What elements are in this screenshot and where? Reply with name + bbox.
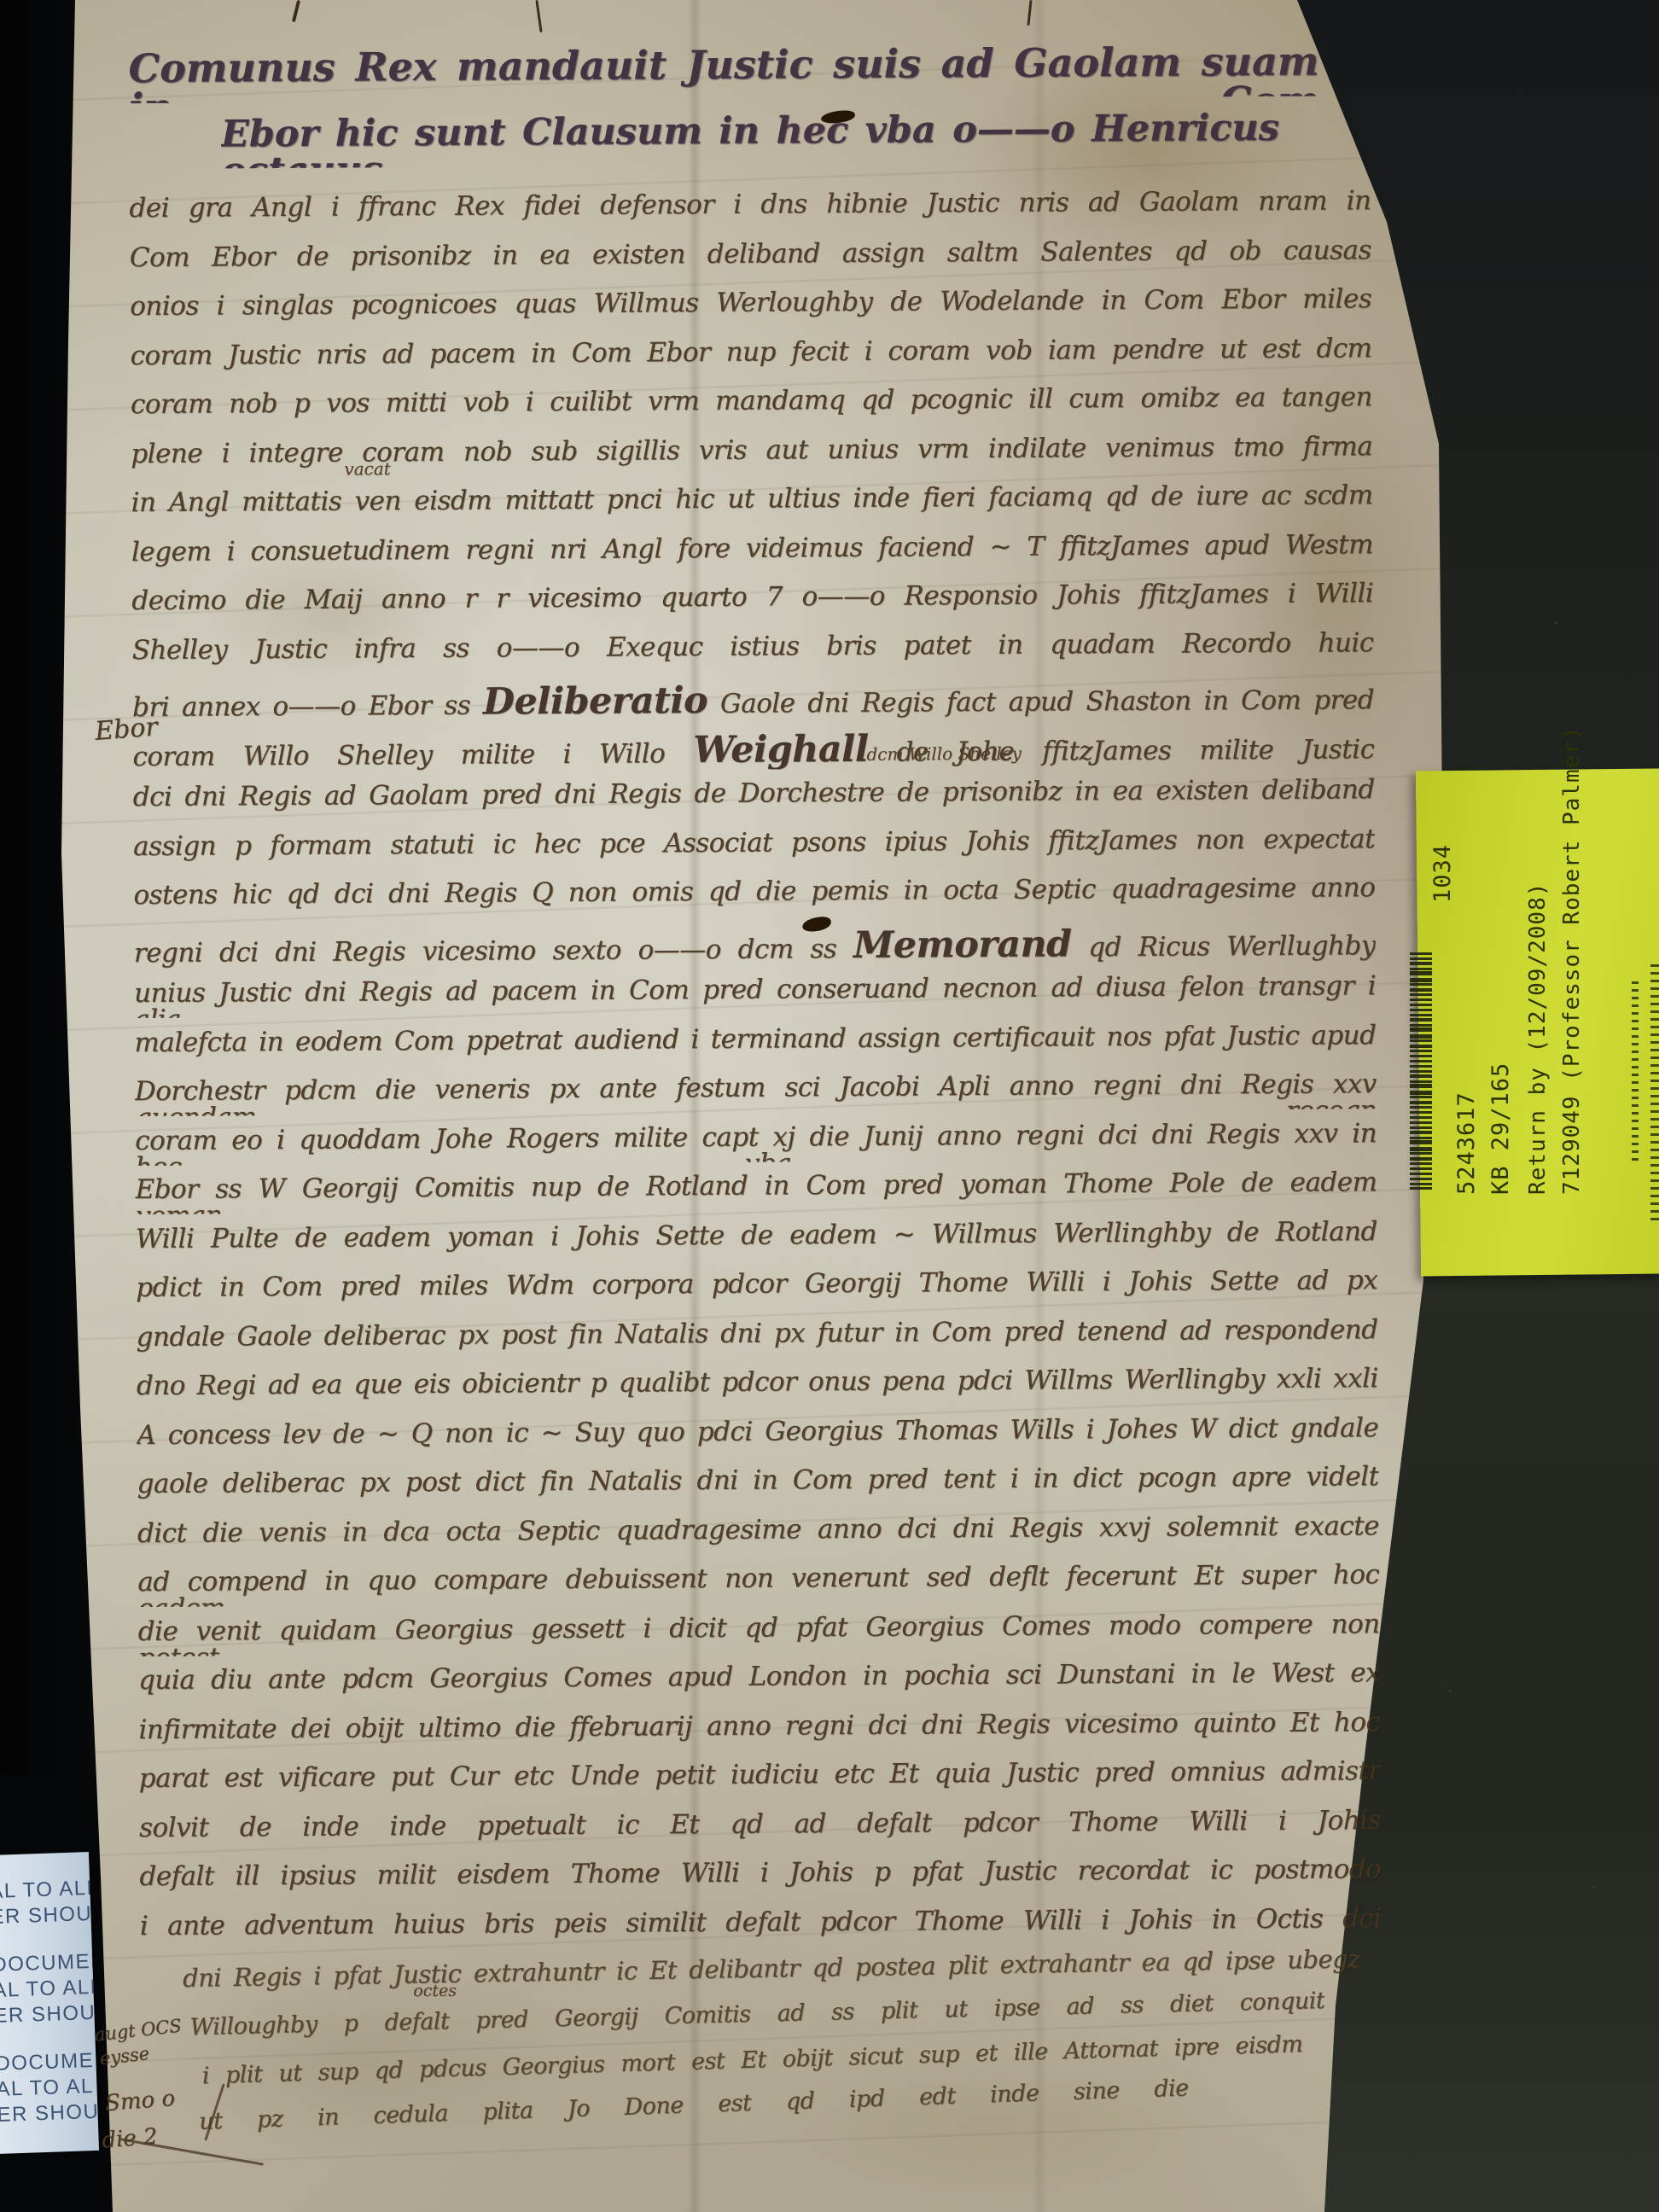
margin-note: eysse: [99, 2043, 151, 2069]
manuscript-line: dei gra Angl i ffranc Rex fidei defensor…: [129, 188, 1371, 233]
margin-note: augt OCS: [94, 2015, 183, 2045]
interlinear-note: vacat: [344, 458, 391, 479]
manuscript-line: pdict in Com pred miles Wdm corpora pdco…: [136, 1267, 1377, 1313]
label-text-line: 7129049 (Professor Robert Palmer): [1560, 725, 1585, 1195]
manuscript-line: malefcta in eodem Com ppetrat audiend i …: [134, 1022, 1376, 1068]
manuscript-line: dict die venis in dca octa Septic quadra…: [137, 1513, 1379, 1558]
manuscript-line: Comunus Rex mandauit Justic suis ad Gaol…: [128, 42, 1318, 104]
manuscript-line: assign p formam statuti ic hec pce Assoc…: [133, 826, 1375, 871]
strip-text-line: DOCUME: [0, 2048, 96, 2077]
manuscript-line: Ebor ss W Georgij Comitis nup de Rotland…: [135, 1169, 1377, 1214]
manuscript-line: quia diu ante pdcm Georgius Comes apud L…: [138, 1660, 1380, 1705]
strip-text-line: ER SHOUL: [0, 1901, 91, 1930]
strip-text-line: ER SHOUL: [0, 2000, 95, 2029]
strip-text-line: ER SHOU: [0, 2099, 98, 2128]
archival-warning-strip: AL TO ALLER SHOULDOCUMENAL TO ALLER SHOU…: [0, 1852, 99, 2154]
manuscript-line: Ebor hic sunt Clausum in hec vba o——o He…: [221, 110, 1279, 169]
manuscript-line: defalt ill ipsius milit eisdem Thome Wil…: [139, 1856, 1381, 1901]
label-text-line: 1034: [1430, 844, 1456, 903]
manuscript-line: solvit de inde inde ppetualt ic Et qd ad…: [139, 1807, 1381, 1853]
strip-text-line: AL TO ALL: [0, 1975, 94, 2004]
manuscript-line: coram eo i quoddam Johe Rogers milite ca…: [135, 1121, 1377, 1166]
margin-note: Ebor: [94, 712, 159, 746]
strip-text-line: DOCUMEN: [0, 1949, 93, 1978]
strip-text-line: AL TO AL: [0, 2074, 97, 2103]
manuscript-line: i ante adventum huius bris peis similit …: [140, 1906, 1382, 1951]
label-text-line: 5243617: [1454, 1091, 1480, 1195]
manuscript-line: bri annex o——o Ebor ss Deliberatio Gaole…: [132, 678, 1374, 724]
label-text-line: KB 29/165: [1488, 1062, 1514, 1195]
manuscript-line: A concess lev de ~ Q non ic ~ Suy quo pd…: [137, 1415, 1378, 1460]
manuscript-line: ostens hic qd dci dni Regis Q non omis q…: [133, 875, 1375, 920]
photo-of-parchment-document: Comunus Rex mandauit Justic suis ad Gaol…: [0, 0, 1659, 2212]
manuscript-line: gndale Gaole deliberac px post fin Natal…: [136, 1317, 1377, 1362]
manuscript-line: coram nob p vos mitti vob i cuilibt vrm …: [131, 384, 1372, 429]
margin-note: Smo o: [104, 2086, 176, 2116]
manuscript-line: decimo die Maij anno r r vicesimo quarto…: [131, 580, 1373, 626]
barcode: [1410, 952, 1432, 1190]
cropped-print-fragment: [1632, 981, 1639, 1161]
strip-top-padding: [0, 1852, 90, 1879]
manuscript-line: coram Willo Shelley milite i Willo Weigh…: [132, 728, 1374, 773]
strip-text-line: AL TO ALL: [0, 1876, 90, 1905]
manuscript-line: gaole deliberac px post dict fin Natalis…: [137, 1464, 1379, 1509]
manuscript-line: in Angl mittatis ven eisdm mittatt pnci …: [131, 482, 1373, 527]
manuscript-line: Shelley Justic infra ss o——o Exequc isti…: [132, 630, 1374, 675]
manuscript-line: regni dci dni Regis vicesimo sexto o——o …: [134, 924, 1376, 969]
manuscript-line: die venit quidam Georgius gessett i dici…: [138, 1611, 1380, 1656]
manuscript-line: ad compend in quo compare debuissent non…: [137, 1562, 1379, 1607]
cropped-print-fragment: [1650, 964, 1659, 1220]
manuscript-line: coram Justic nris ad pacem in Com Ebor n…: [130, 335, 1371, 381]
label-text-line: Return by (12/09/2008): [1526, 882, 1551, 1195]
manuscript-line: Willi Pulte de eadem yoman i Johis Sette…: [136, 1219, 1377, 1264]
manuscript-line: dno Regi ad ea que eis obicientr p quali…: [137, 1365, 1378, 1411]
manuscript-line: legem i consuetudinem regni nri Angl for…: [131, 532, 1373, 577]
engrossed-word: Memorand: [853, 924, 1072, 967]
manuscript-line: Dorchestr pdcm die veneris px ante festu…: [135, 1071, 1377, 1116]
interlinear-note: dcm Willo Shelley: [866, 743, 1022, 765]
manuscript-line: unius Justic dni Regis ad pacem in Com p…: [134, 973, 1376, 1018]
manuscript-line: infirmitate dei obijt ultimo die ffebrua…: [138, 1709, 1380, 1755]
manuscript-line: Com Ebor de prisonibz in ea existen deli…: [130, 237, 1371, 282]
engrossed-word: Deliberatio: [483, 679, 707, 724]
manuscript-line: onios i singlas pcognicoes quas Willmus …: [130, 286, 1371, 331]
manuscript-line: plene i integre coram nob sub sigillis v…: [131, 434, 1372, 479]
interlinear-note: octes: [413, 1982, 457, 2000]
manuscript-line: parat est vificare put Cur etc Unde peti…: [139, 1758, 1381, 1803]
manuscript-line: dci dni Regis ad Gaolam pred dni Regis d…: [133, 777, 1375, 822]
engrossed-word: Weighall: [693, 728, 869, 771]
